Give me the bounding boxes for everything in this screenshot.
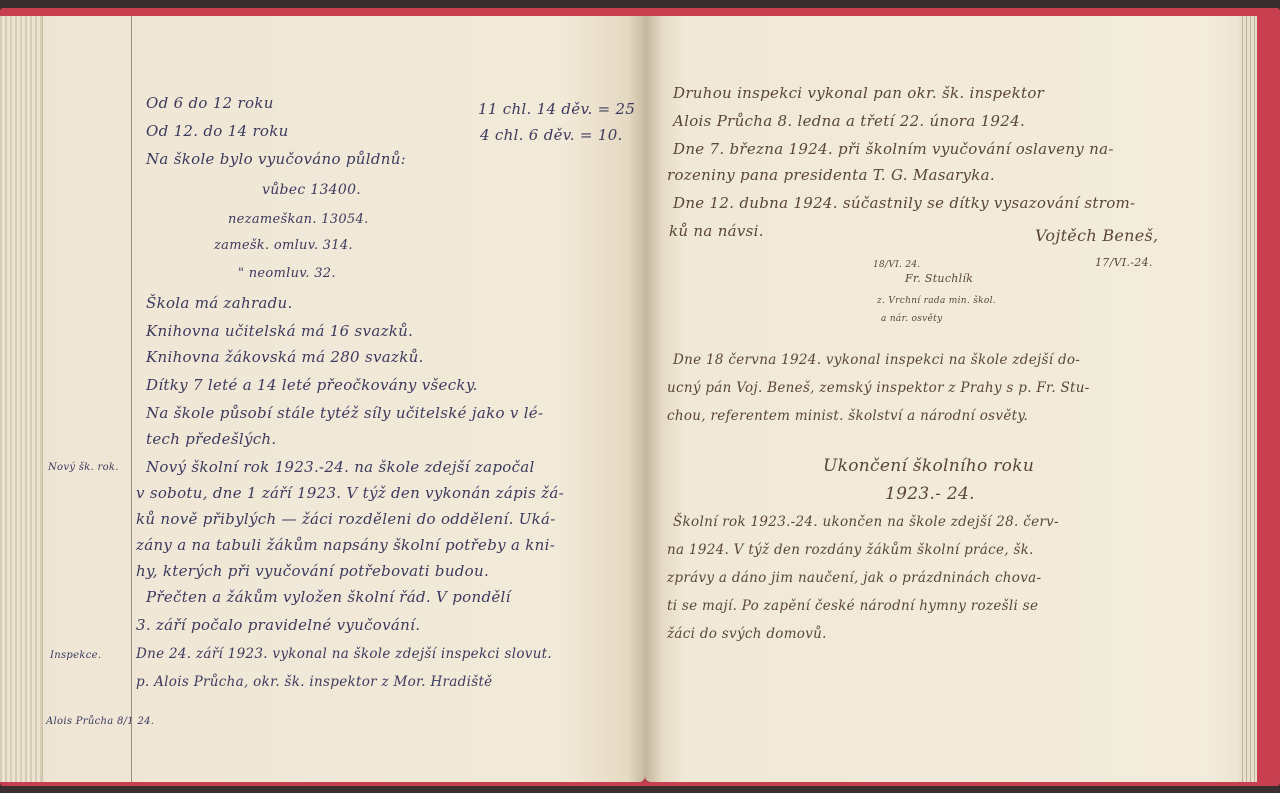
text-line: Dne 12. dubna 1924. súčastnily se dítky … <box>673 194 1135 212</box>
text-line: ti se mají. Po zapění české národní hymn… <box>667 598 1038 614</box>
text-line: tech předešlých. <box>146 430 276 448</box>
text-line: Knihovna učitelská má 16 svazků. <box>146 322 413 340</box>
margin-rule <box>131 16 132 782</box>
signature-date: 18/VI. 24. <box>873 260 921 270</box>
page-edges <box>1239 16 1257 782</box>
page-edges <box>0 16 43 782</box>
text-line: Od 6 do 12 roku <box>146 94 274 112</box>
text-line: Dítky 7 leté a 14 leté přeočkovány všeck… <box>146 376 478 394</box>
text-line: zamešk. omluv. 314. <box>214 238 353 253</box>
count-line: 4 chl. 6 děv. = 10. <box>480 126 623 144</box>
margin-note-inspection: Inspekce. <box>50 650 101 661</box>
signature-date: 17/VI.-24. <box>1095 256 1153 269</box>
signature-benes: Vojtěch Beneš, <box>1035 226 1158 245</box>
text-line: nezameškan. 13054. <box>228 212 369 227</box>
text-line: ků na návsi. <box>669 222 764 240</box>
text-line: vůbec 13400. <box>262 182 361 198</box>
margin-note-new-school-year: Nový šk. rok. <box>48 462 119 473</box>
text-line: Škola má zahradu. <box>146 294 293 312</box>
book-gutter <box>628 16 662 782</box>
signature-title: z. Vrchní rada min. škol. <box>877 296 996 306</box>
text-line: ků nově přibylých — žáci rozděleni do od… <box>136 510 556 528</box>
text-line: Školní rok 1923.-24. ukončen na škole zd… <box>673 514 1059 530</box>
text-line: p. Alois Průcha, okr. šk. inspektor z Mo… <box>136 674 492 690</box>
text-line: chou, referentem minist. školství a náro… <box>667 408 1028 424</box>
text-line: na 1924. V týž den rozdány žákům školní … <box>667 542 1034 558</box>
text-line: Na škole působí stále tytéž síly učitels… <box>146 404 543 422</box>
section-title: Ukončení školního roku <box>823 456 1034 476</box>
text-line: Alois Průcha 8. ledna a třetí 22. února … <box>673 112 1025 130</box>
text-line: Na škole bylo vyučováno půldnů: <box>146 150 406 168</box>
signature-stuchlik: Fr. Stuchlík <box>905 272 973 285</box>
right-page: Druhou inspekci vykonal pan okr. šk. ins… <box>645 16 1257 782</box>
text-line: ucný pán Voj. Beneš, zemský inspektor z … <box>667 380 1090 396</box>
count-line: 11 chl. 14 děv. = 25 <box>478 100 635 118</box>
signature-title: a nár. osvěty <box>881 314 942 324</box>
text-line: 3. září počalo pravidelné vyučování. <box>136 616 420 634</box>
text-line: Od 12. do 14 roku <box>146 122 289 140</box>
text-line: Dne 24. září 1923. vykonal na škole zdej… <box>136 646 552 662</box>
text-line: Druhou inspekci vykonal pan okr. šk. ins… <box>673 84 1044 102</box>
text-line: žáci do svých domovů. <box>667 626 827 642</box>
book-spread: Od 6 do 12 roku Od 12. do 14 roku 11 chl… <box>0 16 1262 782</box>
text-line: zány a na tabuli žákům napsány školní po… <box>136 536 555 554</box>
text-line: Nový školní rok 1923.-24. na škole zdejš… <box>146 458 535 476</box>
text-line: Dne 18 června 1924. vykonal inspekci na … <box>673 352 1080 368</box>
text-line: Knihovna žákovská má 280 svazků. <box>146 348 424 366</box>
text-line: Dne 7. března 1924. při školním vyučován… <box>673 140 1114 158</box>
left-page: Od 6 do 12 roku Od 12. do 14 roku 11 chl… <box>0 16 645 782</box>
text-line: " neomluv. 32. <box>238 266 336 281</box>
text-line: rozeniny pana presidenta T. G. Masaryka. <box>667 166 995 184</box>
text-line: hy, kterých při vyučování potřebovati bu… <box>136 562 489 580</box>
section-year: 1923.- 24. <box>885 484 975 504</box>
inspector-signature: Alois Průcha 8/1 24. <box>46 716 154 727</box>
text-line: v sobotu, dne 1 září 1923. V týž den vyk… <box>136 484 564 502</box>
text-line: Přečten a žákům vyložen školní řád. V po… <box>146 588 511 606</box>
text-line: zprávy a dáno jim naučení, jak o prázdni… <box>667 570 1041 586</box>
